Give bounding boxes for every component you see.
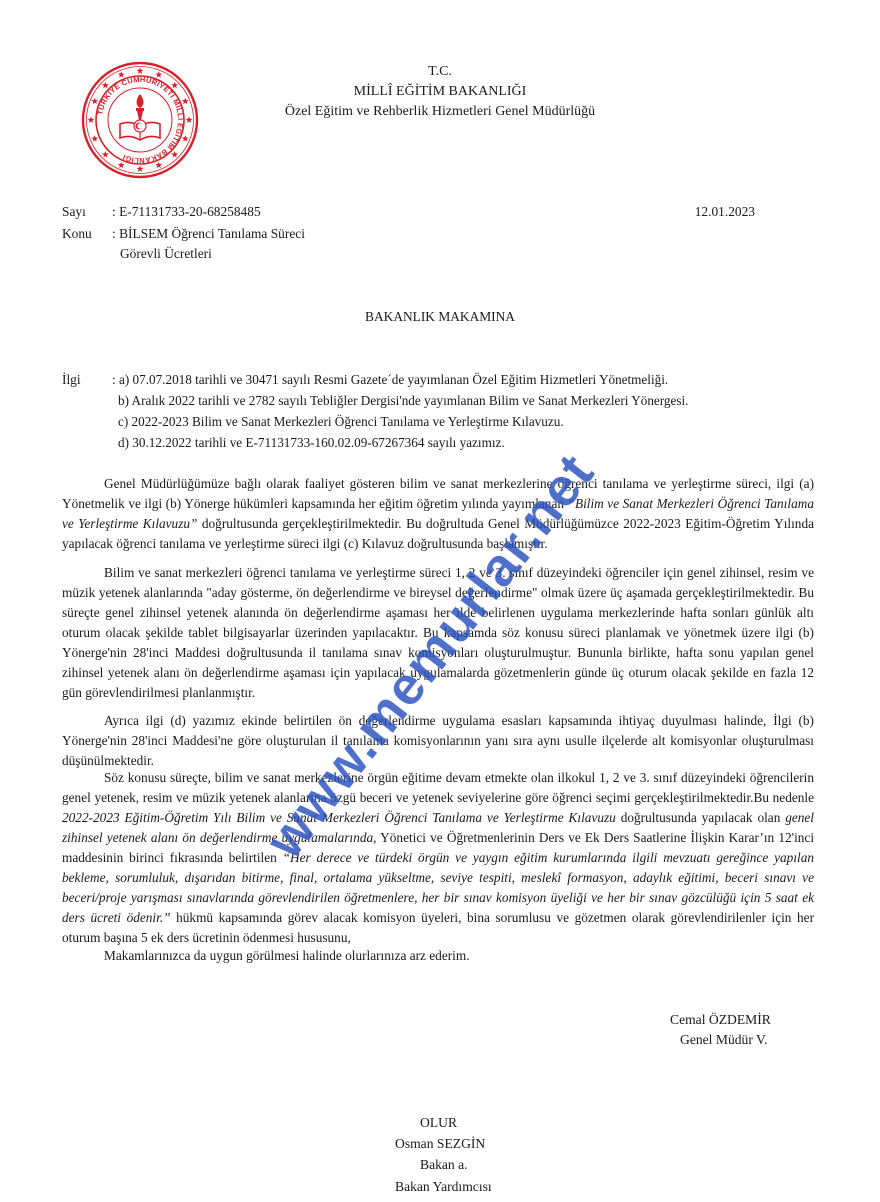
ilgi-item: : a) 07.07.2018 tarihli ve 30471 sayılı …	[112, 370, 668, 390]
body-paragraph-2: Bilim ve sanat merkezleri öğrenci tanıla…	[62, 563, 814, 703]
approver-position: Bakan Yardımcısı	[395, 1177, 492, 1197]
ilgi-item: b) Aralık 2022 tarihli ve 2782 sayılı Te…	[118, 391, 688, 411]
body-paragraph-closing: Makamlarınızca da uygun görülmesi halind…	[62, 946, 814, 966]
body-paragraph-1: Genel Müdürlüğümüze bağlı olarak faaliye…	[62, 474, 814, 554]
body-paragraph-4: Söz konusu süreçte, bilim ve sanat merke…	[62, 768, 814, 948]
header-tc: T.C.	[240, 62, 640, 82]
header-directorate: Özel Eğitim ve Rehberlik Hizmetleri Gene…	[240, 102, 640, 122]
signatory-title: Genel Müdür V.	[680, 1030, 767, 1050]
approver-role: Bakan a.	[420, 1155, 468, 1175]
ilgi-label: İlgi	[62, 372, 81, 388]
header-ministry: MİLLÎ EĞİTİM BAKANLIĞI	[240, 82, 640, 102]
konu-value-continued: Görevli Ücretleri	[120, 246, 212, 262]
document-date: 12.01.2023	[695, 204, 755, 220]
signatory-name: Cemal ÖZDEMİR	[670, 1010, 771, 1030]
approver-name: Osman SEZGİN	[395, 1134, 485, 1154]
ilgi-item: c) 2022-2023 Bilim ve Sanat Merkezleri Ö…	[118, 412, 564, 432]
sayi-value: : E-71131733-20-68258485	[112, 204, 261, 220]
addressee: BAKANLIK MAKAMINA	[0, 309, 880, 325]
meb-seal-icon: TÜRKİYE CUMHURİYETİ MİLLİ EĞİTİM BAKANLI…	[80, 60, 200, 180]
konu-value: : BİLSEM Öğrenci Tanılama Süreci	[112, 226, 305, 242]
konu-label: Konu	[62, 226, 92, 242]
approval-olur: OLUR	[420, 1113, 457, 1133]
body-paragraph-3: Ayrıca ilgi (d) yazımız ekinde belirtile…	[62, 711, 814, 771]
sayi-label: Sayı	[62, 204, 86, 220]
ilgi-item: d) 30.12.2022 tarihli ve E-71131733-160.…	[118, 433, 505, 453]
